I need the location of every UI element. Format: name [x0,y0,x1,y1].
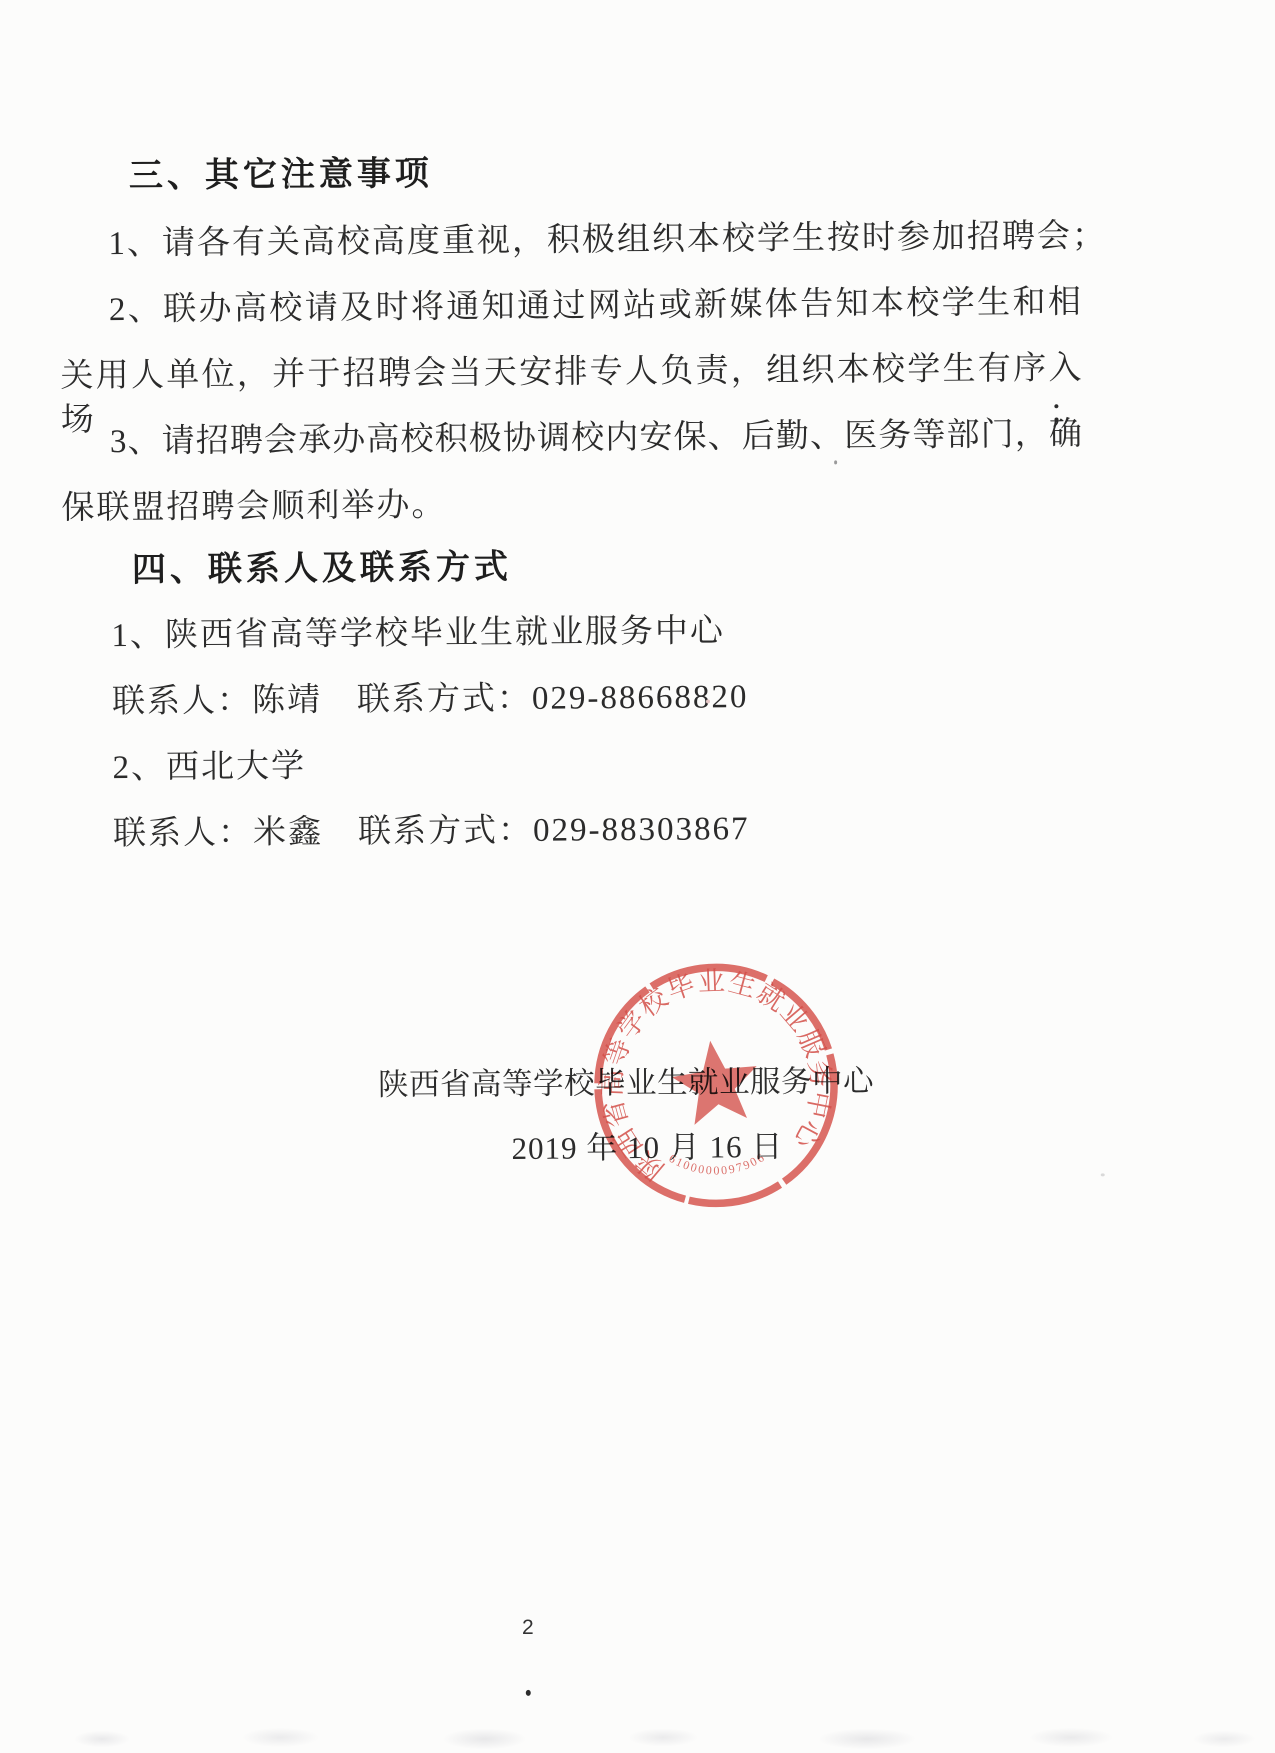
scan-speck [834,460,837,464]
section-heading-3: 三、其它注意事项 [129,152,433,198]
paragraph-line: 1、请各有关高校高度重视，积极组织本校学生按时参加招聘会； [59,215,1081,267]
paragraph-line: 3、请招聘会承办高校积极协调校内安保、后勤、医务等部门，确 [61,412,1083,464]
scan-speck [706,699,710,703]
ink-dot-artifact [526,1690,531,1696]
official-seal: 陕西省高等学校毕业生就业服务中心 6100000097906 [570,940,862,1232]
scanner-shadow-band [0,1721,1275,1751]
paragraph-line: 2、西北大学 [63,738,1085,790]
scan-speck [287,183,290,186]
seal-serial: 6100000097906 [665,1139,769,1184]
scanned-document-page: 三、其它注意事项 1、请各有关高校高度重视，积极组织本校学生按时参加招聘会； 2… [0,0,1275,1753]
section-heading-4: 四、联系人及联系方式 [132,545,512,592]
paragraph-line: 1、陕西省高等学校毕业生就业服务中心 [62,606,1084,658]
scan-speck [952,307,955,310]
contact-line: 联系人：陈靖 联系方式：029-88668820 [63,672,1085,724]
seal-star-icon [668,1035,763,1127]
contact-line: 联系人：米鑫 联系方式：029-88303867 [64,804,1086,856]
paragraph-line: 保联盟招聘会顺利举办。 [61,478,1083,530]
page-number: 2 [522,1616,534,1640]
scan-speck [1101,1173,1105,1176]
paragraph-line: 2、联办高校请及时将通知通过网站或新媒体告知本校学生和相 [60,280,1082,332]
page-content: 三、其它注意事项 1、请各有关高校高度重视，积极组织本校学生按时参加招聘会； 2… [0,0,1275,1753]
